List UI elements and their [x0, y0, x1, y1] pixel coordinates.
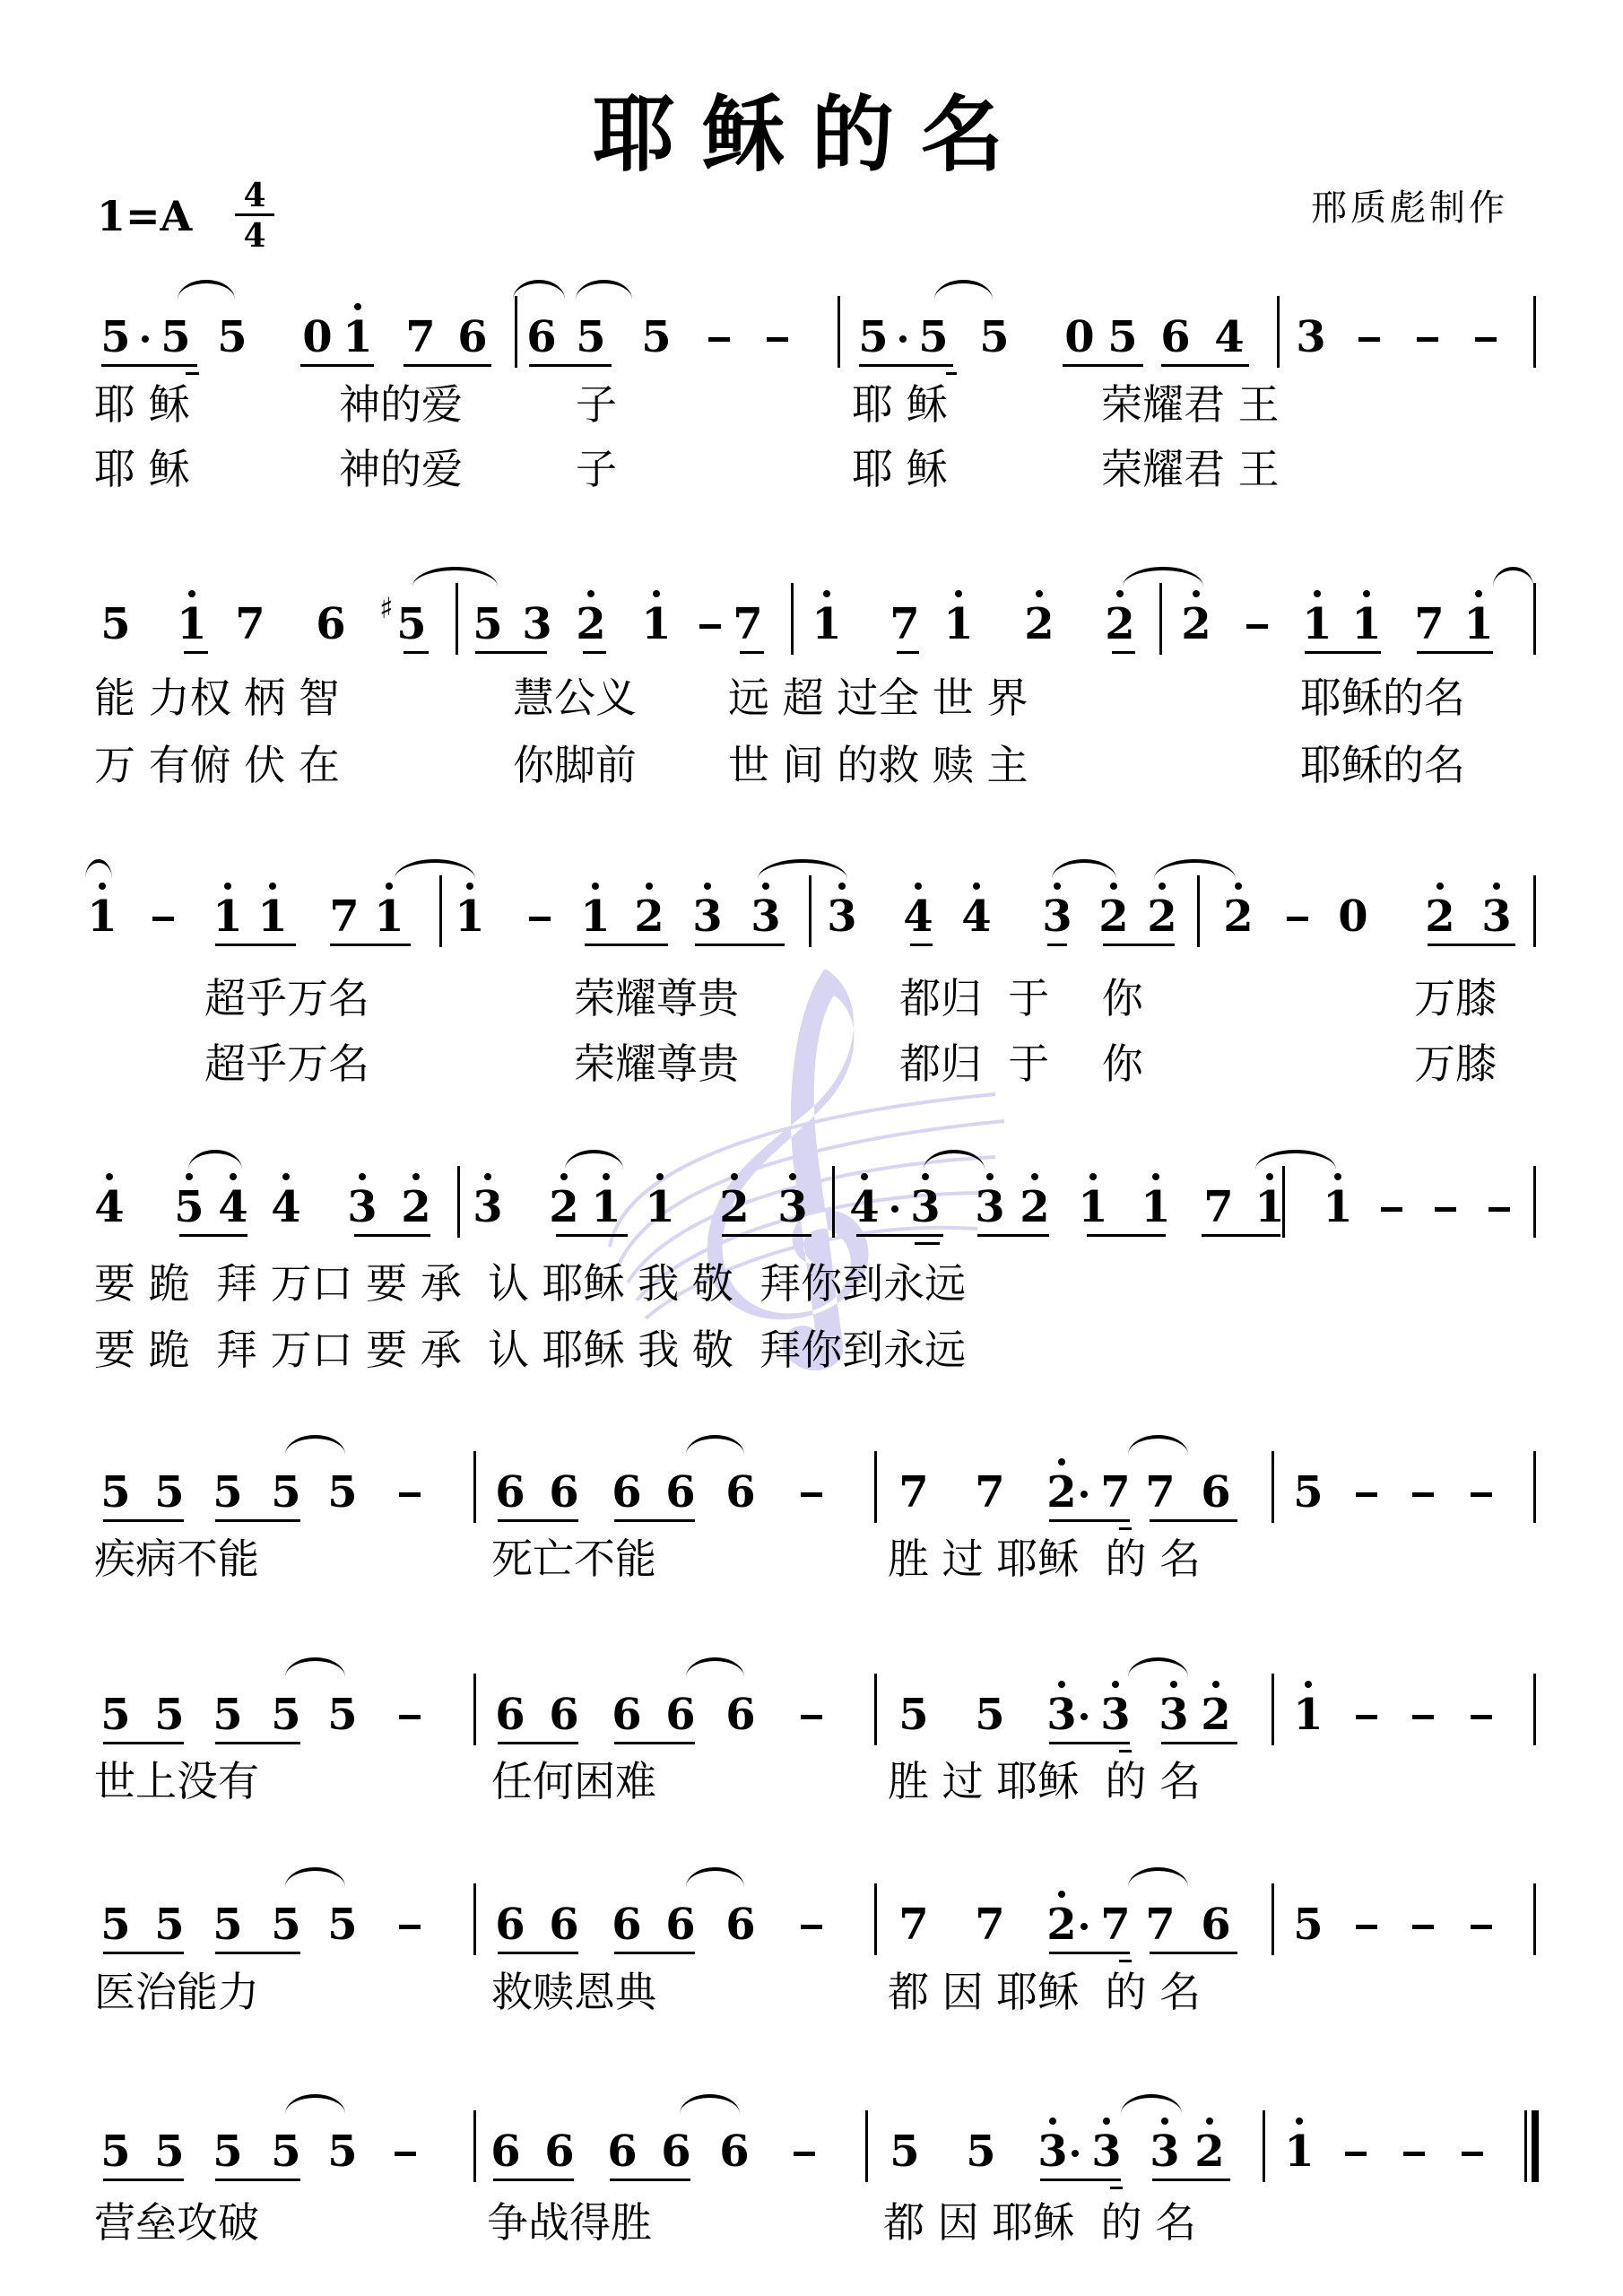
note-numeral: 4: [960, 895, 993, 938]
extension-dash: [399, 1715, 421, 1719]
rhythm-underline: [330, 944, 411, 946]
barline: [1271, 1883, 1274, 1955]
note-numeral: 3: [1041, 895, 1073, 938]
lyric-text: 耶稣的名: [1300, 677, 1465, 718]
rhythm-underline: [1040, 2179, 1121, 2181]
extension-dash: [399, 1492, 421, 1497]
note-numeral: 1: [1283, 2130, 1315, 2173]
note-numeral: 5: [898, 1693, 930, 1736]
lyric-text: 荣耀君 王: [1101, 448, 1280, 490]
octave-dot: [1031, 1173, 1038, 1180]
note-numeral: 1: [86, 895, 118, 938]
note-numeral: 2: [575, 603, 607, 646]
extension-dash: [699, 624, 721, 629]
note-numeral: 7: [974, 1471, 1006, 1514]
lyric-text: 荣耀尊贵: [574, 1043, 739, 1084]
rhythm-underline: [1103, 944, 1175, 946]
rhythm-underline: [493, 2179, 574, 2181]
rhythm-underline: [722, 1234, 811, 1237]
note-numeral: 5: [100, 603, 132, 646]
extension-dash: [1488, 1207, 1510, 1212]
barline: [791, 583, 794, 655]
note-numeral: 6: [548, 1903, 580, 1946]
lyric-text: 万膝: [1414, 1043, 1497, 1084]
rhythm-underline: [498, 1952, 578, 1954]
extension-dash: [1356, 1715, 1377, 1719]
octave-dot: [603, 1173, 610, 1180]
rhythm-underline: [1112, 651, 1135, 654]
rhythm-underline: [215, 1519, 300, 1522]
rhythm-underline: [614, 1519, 695, 1522]
octave-dot: [1305, 1681, 1312, 1688]
lyric-text: 世 间 的救 赎 主: [728, 744, 1028, 786]
rhythm-underline: [740, 651, 764, 654]
note-numeral: 5: [965, 2130, 997, 2173]
note-numeral: 5: [472, 603, 504, 646]
slur-tie: [1154, 859, 1236, 879]
octave-dot: [1235, 883, 1242, 890]
rhythm-underline: [1305, 651, 1381, 654]
augmentation-dot: [1081, 1923, 1088, 1930]
note-numeral: 6: [664, 1693, 697, 1736]
barline: [1271, 1451, 1274, 1523]
note-numeral: 1: [1254, 1186, 1286, 1229]
lyric-text: 世上没有: [94, 1761, 259, 1802]
note-numeral: 5: [270, 1693, 302, 1736]
note-numeral: 4: [270, 1186, 302, 1229]
note-numeral: 6: [660, 2130, 692, 2173]
note-numeral: 5: [153, 1693, 186, 1736]
octave-dot: [1296, 2118, 1303, 2125]
lyric-text: 胜 过 耶稣 的 名: [888, 1538, 1201, 1579]
note-numeral: 7: [328, 895, 360, 938]
rhythm-underline: [610, 2179, 690, 2181]
note-numeral: 1: [454, 895, 486, 938]
note-numeral: 3: [909, 1186, 942, 1229]
extension-dash: [152, 917, 174, 921]
extension-dash: [1417, 337, 1438, 342]
extension-dash: [1287, 917, 1308, 921]
extension-dash: [529, 917, 551, 921]
octave-dot: [1058, 1891, 1065, 1898]
rhythm-underline: [1150, 1952, 1237, 1954]
slur-tie: [924, 1150, 985, 1170]
note-numeral: 4: [1213, 316, 1245, 359]
barline: [1277, 296, 1280, 368]
rhythm-underline: [300, 364, 374, 367]
note-numeral: 1: [644, 1186, 676, 1229]
lyric-text: 任何困难: [491, 1761, 656, 1802]
octave-dot: [230, 1173, 237, 1180]
note-numeral: 5: [857, 316, 890, 359]
note-numeral: 7: [234, 603, 266, 646]
lyric-text: 神的爱: [339, 384, 463, 425]
extension-dash: [1412, 1715, 1434, 1719]
rhythm-underline: [910, 944, 933, 946]
note-numeral: 3: [1037, 2130, 1069, 2173]
slur-tie: [1128, 1657, 1188, 1677]
rhythm-underline: [695, 944, 785, 946]
note-numeral: 0: [1337, 895, 1369, 938]
octave-dot: [1475, 590, 1482, 597]
slur-tie: [178, 280, 235, 300]
barline: [1197, 875, 1200, 947]
lyric-text: 争战得胜: [487, 2202, 652, 2243]
extension-dash: [1403, 2152, 1425, 2156]
rhythm-underline: [1110, 2187, 1123, 2189]
lyric-text: 耶稣的名: [1300, 744, 1465, 786]
note-numeral: 1: [1322, 1186, 1354, 1229]
octave-dot: [823, 590, 830, 597]
rhythm-underline: [179, 1234, 247, 1237]
note-numeral: 4: [93, 1186, 126, 1229]
octave-dot: [106, 1173, 113, 1180]
note-numeral: 7: [404, 316, 437, 359]
lyric-text: 胜 过 耶稣 的 名: [888, 1761, 1201, 1802]
note-numeral: 1: [1292, 1693, 1324, 1736]
note-numeral: 5: [326, 1471, 359, 1514]
extension-dash: [1462, 2152, 1483, 2156]
barline: [1533, 296, 1536, 368]
extension-dash: [395, 2152, 416, 2156]
octave-dot: [412, 1173, 420, 1180]
slur-tie: [758, 859, 847, 879]
note-numeral: 3: [1046, 1693, 1078, 1736]
octave-dot: [1058, 1458, 1065, 1465]
note-numeral: 5: [100, 2130, 132, 2173]
octave-dot: [1363, 590, 1370, 597]
rhythm-underline: [103, 1742, 184, 1744]
note-numeral: 1: [373, 895, 405, 938]
barline: [473, 1883, 476, 1955]
note-numeral: 1: [640, 603, 673, 646]
extension-dash: [801, 1925, 822, 1929]
slur-tie: [395, 859, 475, 879]
octave-dot: [838, 883, 846, 890]
rhythm-underline: [1161, 1742, 1237, 1744]
note-numeral: 5: [153, 2130, 186, 2173]
octave-dot: [1110, 883, 1117, 890]
note-numeral: 7: [974, 1903, 1006, 1946]
rhythm-underline: [1047, 944, 1067, 946]
note-numeral: 1: [1462, 603, 1495, 646]
barline: [809, 875, 811, 947]
rhythm-underline: [585, 944, 668, 946]
rhythm-underline: [977, 1234, 1049, 1237]
slur-tie: [1123, 567, 1203, 587]
octave-dot: [973, 883, 980, 890]
note-numeral: 2: [1200, 1693, 1232, 1736]
note-numeral: 6: [548, 1471, 580, 1514]
note-numeral: 3: [1158, 1693, 1190, 1736]
note-numeral: 1: [811, 603, 843, 646]
slur-tie: [680, 2094, 740, 2114]
note-numeral: 6: [494, 1693, 526, 1736]
note-numeral: 5: [395, 603, 428, 646]
note-numeral: 5: [216, 316, 248, 359]
rhythm-underline: [583, 651, 606, 654]
note-numeral: 1: [176, 603, 208, 646]
augmentation-dot: [899, 335, 907, 343]
sharp-sign: ♯: [379, 594, 393, 622]
note-numeral: 6: [664, 1471, 697, 1514]
barline: [1159, 583, 1162, 655]
rhythm-underline: [915, 1242, 940, 1245]
octave-dot: [188, 590, 195, 597]
octave-dot: [1212, 1681, 1219, 1688]
note-numeral: 5: [153, 1903, 186, 1946]
octave-dot: [1314, 590, 1321, 597]
note-numeral: 5: [100, 1471, 132, 1514]
rhythm-underline: [529, 364, 612, 367]
note-numeral: 2: [1222, 895, 1254, 938]
augmentation-dot: [891, 1205, 898, 1213]
barline: [1533, 1166, 1536, 1238]
note-numeral: 5: [1292, 1471, 1324, 1514]
extension-dash: [1345, 2152, 1367, 2156]
lyric-text: 神的爱: [339, 448, 463, 490]
note-numeral: 2: [1046, 1471, 1078, 1514]
lyric-text: 都 因 耶稣 的 名: [883, 2202, 1196, 2243]
note-numeral: 2: [1046, 1903, 1078, 1946]
octave-dot: [922, 1173, 929, 1180]
extension-dash: [708, 337, 730, 342]
octave-dot: [269, 883, 276, 890]
note-numeral: 1: [342, 316, 374, 359]
note-numeral: 6: [606, 2130, 638, 2173]
rhythm-underline: [215, 1952, 300, 1954]
note-numeral: 7: [1413, 603, 1445, 646]
lyric-text: 都归 于 你: [899, 1043, 1143, 1084]
octave-dot: [1159, 883, 1166, 890]
lyric-text: 万 有俯 伏 在: [94, 744, 340, 786]
lyric-text: 营垒攻破: [94, 2202, 259, 2243]
note-numeral: 2: [633, 895, 665, 938]
barline: [874, 1883, 877, 1955]
note-numeral: 7: [732, 603, 764, 646]
octave-dot: [1436, 883, 1444, 890]
barline: [832, 1166, 835, 1238]
augmentation-dot: [1081, 1491, 1088, 1498]
note-numeral: 0: [1063, 316, 1096, 359]
lyric-text: 耶 稣: [852, 448, 948, 490]
note-numeral: 6: [490, 2130, 522, 2173]
note-numeral: 5: [640, 316, 673, 359]
slur-tie: [686, 1435, 744, 1455]
rhythm-underline: [1428, 944, 1515, 946]
note-numeral: 3: [826, 895, 858, 938]
time-denominator: 4: [235, 220, 274, 252]
barline: [1271, 1674, 1274, 1745]
extension-dash: [801, 1492, 822, 1497]
slur-tie: [576, 280, 632, 300]
octave-dot: [731, 1173, 738, 1180]
time-numerator: 4: [235, 179, 274, 212]
rhythm-underline: [215, 2179, 300, 2181]
note-numeral: 3: [1480, 895, 1513, 938]
note-numeral: 2: [548, 1186, 580, 1229]
slur-tie: [285, 2094, 345, 2114]
lyric-text: 要 跪 拜 万口 要 承 认 耶稣 我 敬 拜你到永远: [94, 1263, 966, 1304]
lyric-text: 死亡不能: [491, 1538, 656, 1579]
rhythm-underline: [946, 372, 957, 375]
extension-dash: [1246, 624, 1268, 629]
slur-tie: [686, 1657, 744, 1677]
octave-dot: [484, 1173, 491, 1180]
lyric-text: 你脚前: [513, 744, 637, 786]
slur-tie: [285, 1435, 345, 1455]
note-numeral: 2: [1098, 895, 1130, 938]
barline: [1282, 1166, 1285, 1238]
rhythm-underline: [101, 364, 197, 367]
octave-dot: [789, 1173, 796, 1180]
barline: [439, 875, 442, 947]
octave-dot: [1116, 590, 1124, 597]
rhythm-underline: [103, 2179, 184, 2181]
rhythm-underline: [1049, 1742, 1130, 1744]
octave-dot: [1170, 1681, 1177, 1688]
lyric-text: 耶 稣: [852, 384, 948, 425]
final-barline-thick: [1532, 2110, 1539, 2182]
octave-dot: [915, 883, 922, 890]
barline: [515, 296, 517, 368]
note-numeral: 2: [1104, 603, 1136, 646]
extension-dash: [1356, 1492, 1377, 1497]
note-numeral: 1: [1077, 1186, 1109, 1229]
octave-dot: [1193, 590, 1200, 597]
note-numeral: 3: [472, 1186, 504, 1229]
barline: [1533, 583, 1536, 655]
rhythm-underline: [1049, 1952, 1130, 1954]
note-numeral: 5: [100, 316, 132, 359]
extension-dash: [1475, 337, 1497, 342]
note-numeral: 6: [456, 316, 489, 359]
rhythm-underline: [1161, 364, 1249, 367]
lyric-text: 都归 于 你: [899, 978, 1143, 1019]
octave-dot: [861, 1173, 868, 1180]
barline: [874, 1674, 877, 1745]
octave-dot: [1058, 1681, 1065, 1688]
slur-tie: [285, 1867, 345, 1887]
lyric-text: 子: [576, 448, 617, 490]
octave-dot: [1054, 883, 1061, 890]
note-numeral: 2: [1023, 603, 1055, 646]
octave-dot: [955, 590, 962, 597]
final-barline-thin: [1524, 2110, 1527, 2182]
author-credit: 邢质彪制作: [1311, 190, 1508, 226]
note-numeral: 7: [898, 1903, 930, 1946]
slur-tie: [1052, 859, 1116, 879]
note-numeral: 6: [548, 1693, 580, 1736]
lyric-text: 远 超 过全 世 界: [728, 677, 1028, 718]
rhythm-underline: [859, 364, 953, 367]
note-numeral: 5: [1292, 1903, 1324, 1946]
note-numeral: 0: [301, 316, 334, 359]
rhythm-underline: [498, 1519, 578, 1522]
rhythm-underline: [1417, 651, 1493, 654]
time-signature: 4 4: [235, 179, 274, 252]
octave-dot: [359, 1173, 366, 1180]
octave-dot: [560, 1173, 568, 1180]
octave-dot: [656, 1173, 664, 1180]
note-numeral: 6: [494, 1903, 526, 1946]
lyric-text: 超乎万名: [204, 1043, 369, 1084]
note-numeral: 5: [212, 1903, 244, 1946]
rhythm-underline: [475, 651, 547, 654]
lyric-text: 医治能力: [94, 1971, 259, 2013]
lyric-text: 都 因 耶稣 的 名: [888, 1971, 1201, 2013]
note-numeral: 2: [718, 1186, 751, 1229]
note-numeral: 5: [100, 1693, 132, 1736]
note-numeral: 7: [1144, 1471, 1176, 1514]
slur-tie: [85, 859, 112, 879]
note-numeral: 3: [1149, 2130, 1181, 2173]
extension-dash: [399, 1925, 421, 1929]
barline: [473, 1451, 476, 1523]
note-numeral: 1: [579, 895, 612, 938]
note-numeral: 7: [1099, 1471, 1132, 1514]
note-numeral: 5: [974, 1693, 1006, 1736]
barline: [473, 2110, 476, 2182]
note-numeral: 5: [326, 1903, 359, 1946]
octave-dot: [466, 883, 473, 890]
rhythm-underline: [215, 1742, 300, 1744]
note-numeral: 2: [1180, 603, 1212, 646]
slur-tie: [1128, 1867, 1188, 1887]
barline: [1533, 875, 1536, 947]
rhythm-underline: [1119, 1527, 1132, 1530]
note-numeral: 2: [400, 1186, 432, 1229]
extension-dash: [767, 337, 788, 342]
octave-dot: [587, 590, 595, 597]
lyric-text: 疾病不能: [94, 1538, 259, 1579]
note-numeral: 5: [270, 2130, 302, 2173]
slur-tie: [1121, 2094, 1182, 2114]
lyric-text: 慧公义: [513, 677, 637, 718]
note-numeral: 3: [521, 603, 553, 646]
extension-dash: [1435, 1207, 1456, 1212]
note-numeral: 6: [725, 1693, 757, 1736]
note-numeral: 6: [525, 316, 558, 359]
rhythm-underline: [556, 1234, 628, 1237]
note-numeral: 5: [153, 1471, 186, 1514]
slur-tie: [513, 280, 565, 300]
note-numeral: 2: [1193, 2130, 1226, 2173]
note-numeral: 6: [664, 1903, 697, 1946]
octave-dot: [653, 590, 660, 597]
note-numeral: 5: [270, 1903, 302, 1946]
octave-dot: [762, 883, 769, 890]
lyric-text: 荣耀君 王: [1101, 384, 1280, 425]
note-numeral: 5: [326, 2130, 359, 2173]
octave-dot: [1161, 2118, 1168, 2125]
barline: [874, 1451, 877, 1523]
note-numeral: 5: [1107, 316, 1139, 359]
octave-dot: [1334, 1173, 1341, 1180]
note-numeral: 5: [575, 316, 607, 359]
augmentation-dot: [1081, 1713, 1088, 1720]
extension-dash: [1471, 1925, 1492, 1929]
rhythm-underline: [215, 944, 296, 946]
note-numeral: 3: [346, 1186, 378, 1229]
octave-dot: [1036, 590, 1043, 597]
note-numeral: 5: [978, 316, 1011, 359]
slur-tie: [934, 280, 993, 300]
octave-dot: [1103, 2118, 1110, 2125]
rhythm-underline: [184, 651, 208, 654]
rhythm-underline: [1150, 1519, 1237, 1522]
extension-dash: [1412, 1492, 1434, 1497]
